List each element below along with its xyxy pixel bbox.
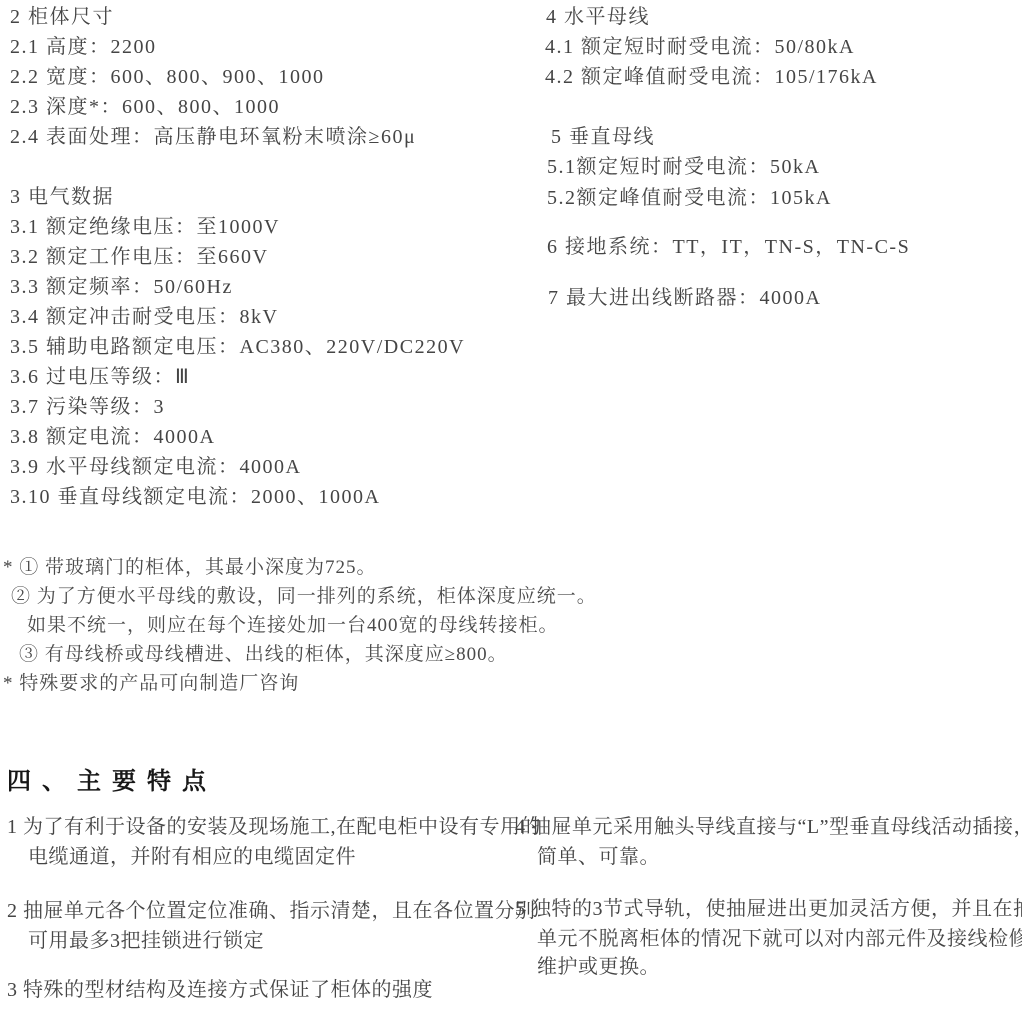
spec-h-peak-current: 4.2 额定峰值耐受电流：105/176kA xyxy=(545,66,878,88)
spec-height: 2.1 高度：2200 xyxy=(10,36,157,58)
spec-v-peak-current: 5.2额定峰值耐受电流：105kA xyxy=(547,187,832,209)
feature-5-line-2: 单元不脱离柜体的情况下就可以对内部元件及接线检修、 xyxy=(537,928,1022,950)
feature-1-line-1: 1 为了有利于设备的安装及现场施工,在配电柜中设有专用的 xyxy=(7,816,541,838)
spec-auxiliary-circuit-voltage: 3.5 辅助电路额定电压：AC380、220V/DC220V xyxy=(10,336,465,358)
section-title-vertical-busbar: 5 垂直母线 xyxy=(551,126,655,148)
spec-rated-current: 3.8 额定电流：4000A xyxy=(10,426,215,448)
footnote-busbar-bridge-depth: ③ 有母线桥或母线槽进、出线的柜体，其深度应≥800。 xyxy=(19,644,508,666)
section-title-electrical-data: 3 电气数据 xyxy=(10,186,114,208)
spec-pollution-degree: 3.7 污染等级：3 xyxy=(10,396,165,418)
spec-insulation-voltage: 3.1 额定绝缘电压：至1000V xyxy=(10,216,280,238)
spec-impulse-withstand-voltage: 3.4 额定冲击耐受电压：8kV xyxy=(10,306,278,328)
spec-max-breaker: 7 最大进出线断路器：4000A xyxy=(548,287,821,309)
spec-working-voltage: 3.2 额定工作电压：至660V xyxy=(10,246,268,268)
spec-surface-treatment: 2.4 表面处理：高压静电环氧粉末喷涂≥60μ xyxy=(10,126,416,148)
feature-1-line-2: 电缆通道，并附有相应的电缆固定件 xyxy=(28,846,356,868)
spec-vertical-busbar-current: 3.10 垂直母线额定电流：2000、1000A xyxy=(10,486,380,508)
spec-overvoltage-category: 3.6 过电压等级：Ⅲ xyxy=(10,366,190,388)
feature-4-line-1: 4 抽屉单元采用触头导线直接与“L”型垂直母线活动插接， xyxy=(515,816,1022,838)
section-title-cabinet-dimensions: 2 柜体尺寸 xyxy=(10,6,114,28)
catalog-spec-page: 2 柜体尺寸 2.1 高度：2200 2.2 宽度：600、800、900、10… xyxy=(0,0,1022,1027)
footnote-transition-cabinet: 如果不统一，则应在每个连接处加一台400宽的母线转接柜。 xyxy=(27,615,559,637)
spec-width: 2.2 宽度：600、800、900、1000 xyxy=(10,66,325,88)
footnote-special-requirements: * 特殊要求的产品可向制造厂咨询 xyxy=(3,673,299,695)
spec-h-short-time-current: 4.1 额定短时耐受电流：50/80kA xyxy=(545,36,855,58)
feature-5-line-3: 维护或更换。 xyxy=(537,956,660,978)
spec-rated-frequency: 3.3 额定频率：50/60Hz xyxy=(10,276,233,298)
feature-5-line-1: 5 独特的3节式导轨，使抽屉进出更加灵活方便，并且在抽屉 xyxy=(515,898,1022,920)
spec-depth: 2.3 深度*：600、800、1000 xyxy=(10,96,280,118)
feature-4-line-2: 简单、可靠。 xyxy=(537,846,660,868)
spec-horizontal-busbar-current: 3.9 水平母线额定电流：4000A xyxy=(10,456,301,478)
spec-v-short-time-current: 5.1额定短时耐受电流：50kA xyxy=(547,156,820,178)
spec-grounding-system: 6 接地系统：TT，IT，TN-S，TN-C-S xyxy=(547,236,910,258)
footnote-glass-door-depth: * ① 带玻璃门的柜体，其最小深度为725。 xyxy=(3,557,377,579)
section-title-horizontal-busbar: 4 水平母线 xyxy=(546,6,650,28)
feature-3-line-1: 3 特殊的型材结构及连接方式保证了柜体的强度 xyxy=(7,979,433,1001)
footnote-uniform-depth: ② 为了方便水平母线的敷设，同一排列的系统，柜体深度应统一。 xyxy=(11,586,597,608)
features-heading: 四、主要特点 xyxy=(7,770,217,794)
feature-2-line-2: 可用最多3把挂锁进行锁定 xyxy=(28,930,264,952)
feature-2-line-1: 2 抽屉单元各个位置定位准确、指示清楚，且在各位置分别 xyxy=(7,900,536,922)
